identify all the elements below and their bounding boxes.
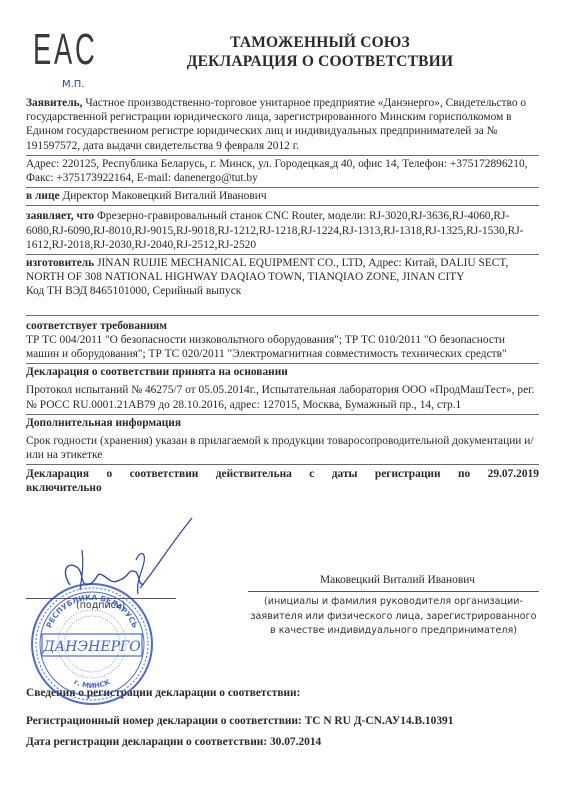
validity-word: по [458, 467, 470, 481]
validity-word: с [309, 467, 314, 481]
registration-date: 30.07.2014 [270, 736, 321, 748]
header-union-title: ТАМОЖЕННЫЙ СОЮЗ [150, 33, 490, 52]
signature-caption: (подпись) [76, 600, 125, 611]
signature-area: (подпись) Маковецкий Виталий Иванович (и… [26, 560, 539, 700]
eac-letter-c: С [75, 26, 86, 74]
registration-date-line: Дата регистрации декларации о соответств… [26, 735, 546, 749]
eac-letter-e: Е [33, 26, 44, 74]
registration-number-label: Регистрационный номер декларации о соотв… [26, 715, 305, 727]
signature-line [26, 598, 176, 599]
basis-section: Декларация о соответствии принята на осн… [26, 364, 539, 415]
basis-text: Протокол испытаний № 46275/7 от 05.05.20… [26, 383, 539, 411]
requirements-label: соответствует требованиям [26, 319, 539, 333]
validity-word: соответствии [130, 467, 199, 481]
validity-line: Декларация о соответствии действительна … [26, 465, 539, 481]
document-header: ТАМОЖЕННЫЙ СОЮЗ ДЕКЛАРАЦИЯ О СООТВЕТСТВИ… [150, 33, 490, 71]
tn-ved-code: Код ТН ВЭД 8465101000, Серийный выпуск [26, 284, 539, 298]
registration-number: ТС N RU Д-CN.АУ14.В.10391 [305, 715, 454, 727]
declares-text: Фрезерно-гравировальный станок CNC Route… [26, 210, 523, 250]
requirements-section: соответствует требованиям ТР ТС 004/2011… [26, 316, 539, 365]
registration-date-label: Дата регистрации декларации о соответств… [26, 736, 270, 748]
declaration-body: Заявитель, Частное производственно-торго… [26, 95, 539, 495]
manufacturer-text: JINAN RUIJIE MECHANICAL EQUIPMENT CO., L… [26, 257, 508, 283]
validity-word: действительна [216, 467, 292, 481]
additional-label: Дополнительная информация [26, 416, 539, 430]
basis-label: Декларация о соответствии принята на осн… [26, 365, 539, 379]
applicant-text: Частное производственно-торговое унитарн… [26, 97, 526, 152]
manufacturer-section: изготовитель JINAN RUIJIE MECHANICAL EQU… [26, 255, 539, 316]
declares-section: заявляет, что Фрезерно-гравировальный ст… [26, 206, 539, 255]
represented-label: в лице [26, 190, 60, 202]
eac-letter-a: А [54, 26, 65, 74]
validity-word: регистрации [375, 467, 441, 481]
represented-section: в лице Директор Маковецкий Виталий Ивано… [26, 188, 539, 206]
registration-section: Сведения о регистрации декларации о соот… [26, 686, 546, 749]
signer-name-line [248, 591, 539, 592]
validity-section: Декларация о соответствии действительна … [26, 465, 539, 495]
represented-text: Директор Маковецкий Виталий Иванович [60, 190, 267, 202]
requirements-text: ТР ТС 004/2011 "О безопасности низковоль… [26, 333, 539, 361]
stamp-mark-label: М.П. [62, 79, 85, 90]
address-text: Адрес: 220125, Республика Беларусь, г. М… [26, 158, 528, 184]
additional-section: Дополнительная информация Срок годности … [26, 415, 539, 466]
validity-date: 29.07.2019 [488, 467, 539, 481]
signer-name: Маковецкий Виталий Иванович [256, 574, 539, 586]
header-declaration-title: ДЕКЛАРАЦИЯ О СООТВЕТСТВИИ [150, 52, 490, 71]
validity-word: о [106, 467, 112, 481]
validity-word: Декларация [26, 467, 89, 481]
applicant-section: Заявитель, Частное производственно-торго… [26, 95, 539, 156]
eac-mark-icon: Е А С [33, 26, 92, 74]
validity-word: даты [332, 467, 358, 481]
declares-label: заявляет, что [26, 210, 94, 222]
registration-heading: Сведения о регистрации декларации о соот… [26, 686, 546, 700]
signer-caption: (инициалы и фамилия руководителя организ… [248, 595, 539, 639]
additional-text: Срок годности (хранения) указан в прилаг… [26, 434, 539, 462]
validity-inclusive: включительно [26, 481, 539, 495]
address-section: Адрес: 220125, Республика Беларусь, г. М… [26, 156, 539, 188]
applicant-label: Заявитель, [26, 97, 83, 109]
registration-number-line: Регистрационный номер декларации о соотв… [26, 714, 546, 728]
manufacturer-label: изготовитель [26, 257, 94, 269]
